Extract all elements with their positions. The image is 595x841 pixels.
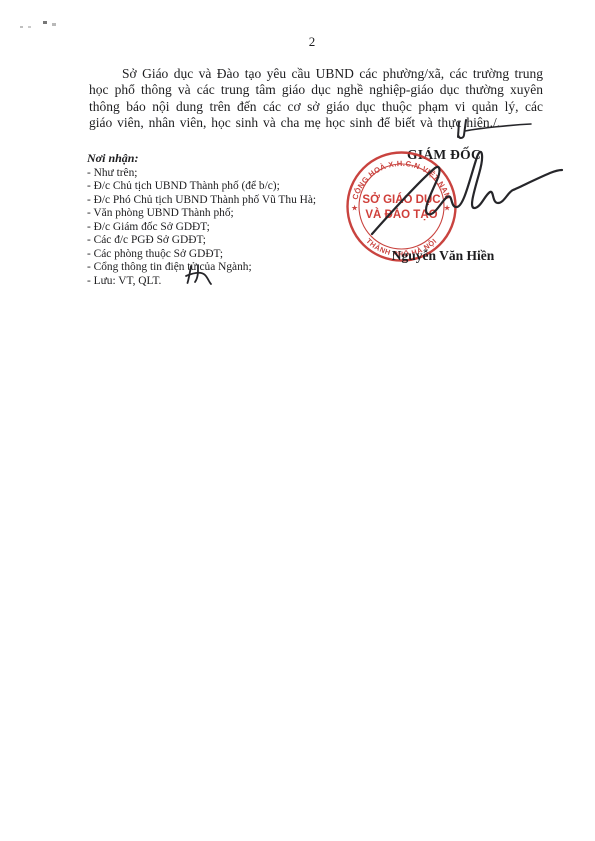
recipient-item: - Văn phòng UBND Thành phố; — [87, 207, 367, 220]
recipients-heading: Nơi nhận: — [87, 151, 367, 166]
recipient-item: - Đ/c Phó Chủ tịch UBND Thành phố Vũ Thu… — [87, 194, 367, 207]
scan-speck — [52, 23, 56, 26]
recipient-item: - Cổng thông tin điện tử của Ngành; — [87, 261, 367, 274]
signature — [358, 140, 568, 245]
recipient-item: - Lưu: VT, QLT. — [87, 275, 367, 288]
recipient-item: - Các đ/c PGĐ Sở GDĐT; — [87, 234, 367, 247]
signer-name: Nguyễn Văn Hiền — [383, 248, 503, 264]
page-number: 2 — [302, 34, 322, 50]
recipient-item: - Đ/c Giám đốc Sở GDĐT; — [87, 221, 367, 234]
scan-speck — [43, 21, 47, 24]
document-page: 2 Sở Giáo dục và Đào tạo yêu cầu UBND cá… — [0, 0, 595, 841]
handwritten-initials-mark — [184, 263, 214, 287]
scan-speck — [28, 26, 31, 28]
scan-speck — [20, 26, 23, 28]
recipient-item: - Như trên; — [87, 167, 367, 180]
recipient-item: - Đ/c Chủ tịch UBND Thành phố (để b/c); — [87, 180, 367, 193]
recipient-item: - Các phòng thuộc Sở GDĐT; — [87, 248, 367, 261]
recipients-block: Nơi nhận: - Như trên; - Đ/c Chủ tịch UBN… — [87, 151, 367, 288]
